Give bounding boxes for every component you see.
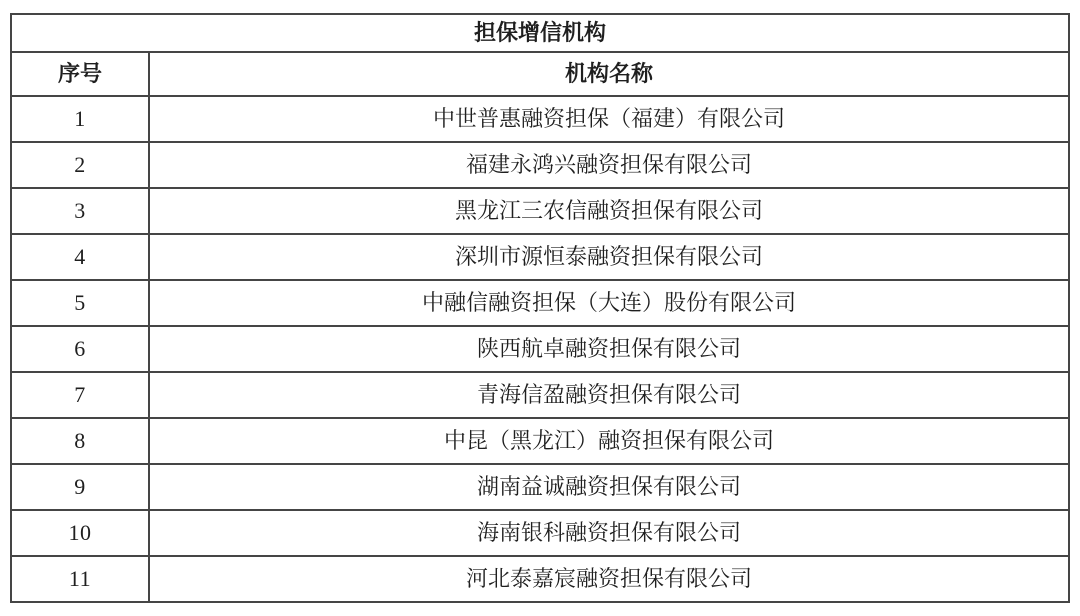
- row-seq-cell: 9: [11, 464, 149, 510]
- row-name-cell: 湖南益诚融资担保有限公司: [149, 464, 1069, 510]
- table-title: 担保增信机构: [11, 14, 1069, 52]
- row-seq-cell: 8: [11, 418, 149, 464]
- row-name-cell: 海南银科融资担保有限公司: [149, 510, 1069, 556]
- table-row: 6 陕西航卓融资担保有限公司: [11, 326, 1069, 372]
- table-row: 9 湖南益诚融资担保有限公司: [11, 464, 1069, 510]
- row-seq-cell: 4: [11, 234, 149, 280]
- row-name-cell: 黑龙江三农信融资担保有限公司: [149, 188, 1069, 234]
- table-row: 7 青海信盈融资担保有限公司: [11, 372, 1069, 418]
- title-row: 担保增信机构: [11, 14, 1069, 52]
- table-row: 1 中世普惠融资担保（福建）有限公司: [11, 96, 1069, 142]
- row-seq-cell: 1: [11, 96, 149, 142]
- guarantee-institutions-table: 担保增信机构 序号 机构名称 1 中世普惠融资担保（福建）有限公司 2 福建永鸿…: [10, 13, 1070, 603]
- column-header-seq: 序号: [11, 52, 149, 96]
- table-row: 10 海南银科融资担保有限公司: [11, 510, 1069, 556]
- row-name-cell: 福建永鸿兴融资担保有限公司: [149, 142, 1069, 188]
- row-name-cell: 深圳市源恒泰融资担保有限公司: [149, 234, 1069, 280]
- table-row: 8 中昆（黑龙江）融资担保有限公司: [11, 418, 1069, 464]
- header-row: 序号 机构名称: [11, 52, 1069, 96]
- row-seq-cell: 7: [11, 372, 149, 418]
- row-seq-cell: 2: [11, 142, 149, 188]
- row-name-cell: 中世普惠融资担保（福建）有限公司: [149, 96, 1069, 142]
- table-row: 2 福建永鸿兴融资担保有限公司: [11, 142, 1069, 188]
- table-row: 11 河北泰嘉宸融资担保有限公司: [11, 556, 1069, 602]
- table-row: 5 中融信融资担保（大连）股份有限公司: [11, 280, 1069, 326]
- row-seq-cell: 6: [11, 326, 149, 372]
- table-row: 4 深圳市源恒泰融资担保有限公司: [11, 234, 1069, 280]
- row-name-cell: 河北泰嘉宸融资担保有限公司: [149, 556, 1069, 602]
- row-seq-cell: 10: [11, 510, 149, 556]
- row-seq-cell: 5: [11, 280, 149, 326]
- row-name-cell: 中融信融资担保（大连）股份有限公司: [149, 280, 1069, 326]
- row-name-cell: 陕西航卓融资担保有限公司: [149, 326, 1069, 372]
- column-header-name: 机构名称: [149, 52, 1069, 96]
- row-seq-cell: 3: [11, 188, 149, 234]
- row-name-cell: 中昆（黑龙江）融资担保有限公司: [149, 418, 1069, 464]
- row-seq-cell: 11: [11, 556, 149, 602]
- table-row: 3 黑龙江三农信融资担保有限公司: [11, 188, 1069, 234]
- row-name-cell: 青海信盈融资担保有限公司: [149, 372, 1069, 418]
- guarantee-table-container: 担保增信机构 序号 机构名称 1 中世普惠融资担保（福建）有限公司 2 福建永鸿…: [10, 13, 1070, 603]
